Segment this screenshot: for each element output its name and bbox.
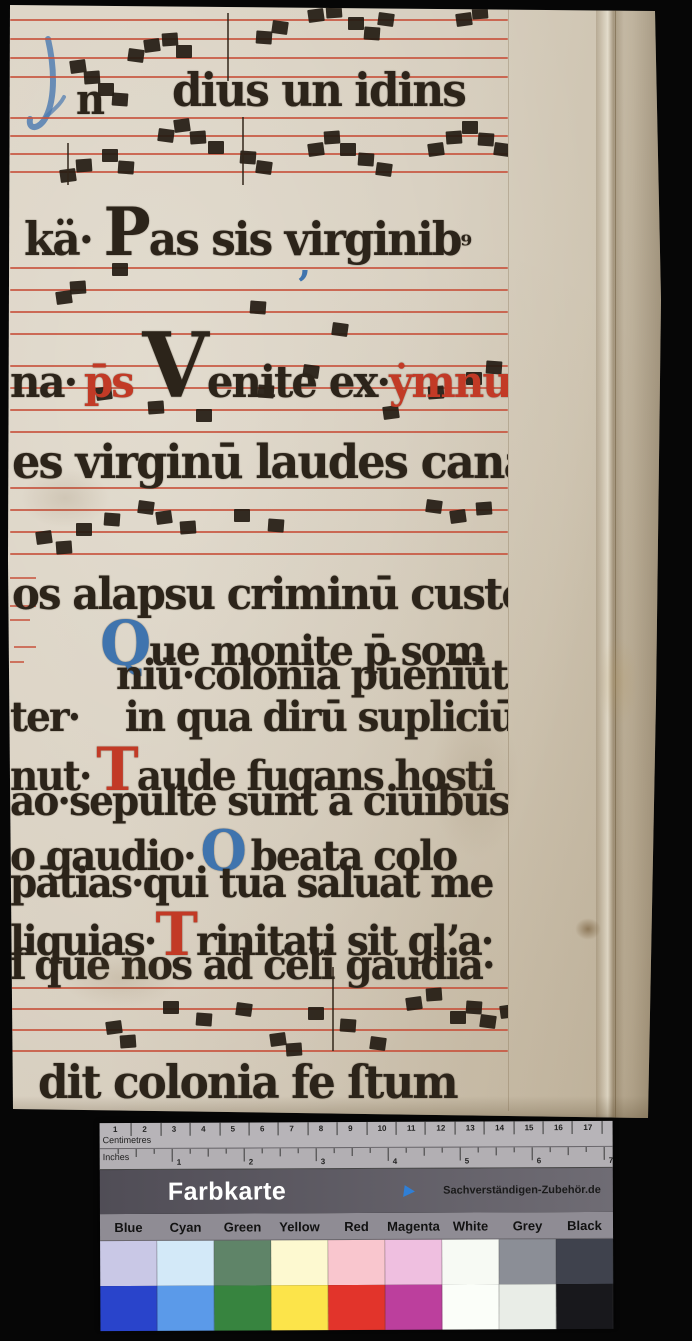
neume-note xyxy=(472,5,489,19)
ruler-inch-label: Inches xyxy=(103,1152,130,1162)
manuscript-text-line: dit colonia fe ſtum xyxy=(38,1055,457,1109)
cm-number: 10 xyxy=(378,1124,387,1133)
swatch-labels-row: BlueCyanGreenYellowRedMagentaWhiteGreyBl… xyxy=(100,1212,613,1241)
neume-note xyxy=(307,8,325,23)
neume-note xyxy=(155,510,173,525)
neume-note xyxy=(446,130,463,144)
swatch-black xyxy=(556,1284,613,1329)
swatch-magenta xyxy=(385,1240,442,1285)
inch-tick xyxy=(262,1148,263,1153)
neume-note xyxy=(269,1032,287,1047)
swatch-label: Magenta xyxy=(385,1218,442,1233)
cm-tick xyxy=(278,1122,279,1135)
neume-note xyxy=(120,1034,137,1048)
neume-note xyxy=(268,518,285,532)
neume-note xyxy=(104,512,121,526)
text-segment: ter· xyxy=(10,693,79,741)
swatch-label: Black xyxy=(556,1217,613,1232)
inch-number: 7 xyxy=(609,1156,613,1165)
neume-note xyxy=(70,280,87,294)
staff-line xyxy=(10,19,508,21)
inch-tick xyxy=(190,1149,191,1154)
staff-line xyxy=(10,1050,508,1052)
inch-tick xyxy=(316,1148,317,1161)
inch-tick xyxy=(136,1149,137,1157)
text-segment: V xyxy=(142,313,206,419)
inch-tick xyxy=(172,1149,173,1162)
swatch-grey xyxy=(499,1284,556,1329)
neume-note xyxy=(466,1000,483,1014)
manuscript-text-line: n xyxy=(76,75,103,124)
neume-note xyxy=(340,143,356,156)
neume-note xyxy=(105,1020,123,1035)
inch-tick xyxy=(460,1148,461,1161)
cm-number: 15 xyxy=(525,1123,534,1132)
neume-note xyxy=(375,162,393,177)
cm-number: 7 xyxy=(289,1124,293,1133)
neume-note xyxy=(364,26,381,40)
cm-tick xyxy=(337,1122,338,1135)
cm-tick xyxy=(513,1121,514,1134)
inch-number: 5 xyxy=(465,1157,469,1166)
staff-barline xyxy=(242,117,244,185)
cm-number: 2 xyxy=(142,1125,146,1134)
inch-tick xyxy=(226,1149,227,1154)
swatch-grey xyxy=(499,1239,556,1284)
text-segment: niū·colonia pūeniūt· xyxy=(116,651,509,699)
neume-note xyxy=(308,1007,324,1020)
neume-note xyxy=(196,1012,213,1026)
card-title: Farbkarte xyxy=(168,1177,287,1207)
inch-tick xyxy=(154,1149,155,1154)
neume-note xyxy=(449,509,467,524)
neume-note xyxy=(476,501,493,515)
inch-tick xyxy=(370,1148,371,1153)
swatch-cyan xyxy=(157,1241,214,1286)
neume-note xyxy=(478,132,495,146)
neume-note xyxy=(234,509,250,522)
color-card: Centimetres 1234567891011121314151617 In… xyxy=(100,1121,614,1328)
neume-note xyxy=(369,1036,387,1051)
neume-note xyxy=(256,30,273,44)
swatch-row-pastel xyxy=(100,1239,613,1286)
inch-tick xyxy=(244,1148,245,1161)
cm-tick xyxy=(249,1122,250,1135)
text-segment: enite ex· xyxy=(207,357,389,408)
cm-tick xyxy=(572,1121,573,1134)
cm-tick xyxy=(131,1123,132,1136)
manuscript-text-line: dius un idins xyxy=(172,63,465,117)
swatch-label: Green xyxy=(214,1219,271,1234)
text-segment: n xyxy=(76,75,103,124)
neume-note xyxy=(455,12,473,27)
cm-number: 11 xyxy=(407,1124,416,1133)
cm-tick xyxy=(543,1121,544,1134)
cm-tick xyxy=(425,1122,426,1135)
cm-number: 1 xyxy=(113,1125,117,1134)
manuscript-text-line: kä·Pas sis virginib⁹ xyxy=(24,193,470,271)
swatch-white xyxy=(442,1284,499,1329)
neume-note xyxy=(157,128,175,143)
swatch-label: Grey xyxy=(499,1218,556,1233)
neume-note xyxy=(180,520,197,534)
cm-tick xyxy=(366,1122,367,1135)
neume-note xyxy=(425,499,443,514)
text-segment: as sis virginib xyxy=(149,212,461,266)
neume-note xyxy=(450,1011,466,1024)
neume-note xyxy=(176,45,192,58)
inch-number: 4 xyxy=(393,1157,397,1166)
neume-note xyxy=(340,1018,357,1032)
parchment-stain xyxy=(430,700,520,860)
neume-note xyxy=(479,1014,497,1029)
photograph-stage: ndius un idinskä·Pas sis virginib⁹na·p̄s… xyxy=(0,0,692,1341)
neume-note xyxy=(493,142,509,157)
swatch-label: Cyan xyxy=(157,1219,214,1234)
neume-note xyxy=(307,142,325,157)
manuscript-text-line: niū·colonia pūeniūt· xyxy=(116,651,509,699)
inch-tick xyxy=(478,1147,479,1152)
cm-number: 4 xyxy=(201,1125,205,1134)
inch-tick xyxy=(568,1147,569,1155)
swatch-yellow xyxy=(271,1285,328,1330)
staff-line xyxy=(10,431,508,433)
text-segment: ⁹ xyxy=(461,229,471,262)
text-segment: ſ xyxy=(10,941,25,989)
inch-tick xyxy=(424,1148,425,1156)
cm-tick xyxy=(454,1122,455,1135)
inch-tick xyxy=(118,1149,119,1154)
brand-text: Sachverständigen-Zubehör.de xyxy=(443,1184,601,1197)
swatch-label: Blue xyxy=(100,1219,157,1234)
cm-number: 12 xyxy=(436,1124,445,1133)
swatch-blue xyxy=(100,1241,157,1286)
brand-arrow-icon xyxy=(403,1185,416,1198)
swatch-row-saturated xyxy=(100,1284,613,1331)
inch-number: 6 xyxy=(537,1156,541,1165)
staff-barline xyxy=(67,143,69,185)
staff-line xyxy=(10,135,508,137)
inch-tick xyxy=(586,1147,587,1152)
inch-tick xyxy=(550,1147,551,1152)
text-segment: dius un idins xyxy=(172,63,465,117)
cm-tick xyxy=(160,1123,161,1136)
ruler-inches: Inches 1234567 xyxy=(100,1147,613,1170)
cm-tick xyxy=(190,1123,191,1136)
card-title-band: Farbkarte Sachverständigen-Zubehör.de xyxy=(100,1168,613,1214)
neume-note xyxy=(377,12,395,27)
neume-note xyxy=(255,160,273,175)
parchment-stain xyxy=(575,918,601,940)
swatch-red xyxy=(328,1240,385,1285)
parchment-stain xyxy=(598,636,638,726)
swatch-blue xyxy=(100,1286,157,1331)
staff-line xyxy=(10,1029,508,1031)
neume-note xyxy=(358,152,375,166)
cm-number: 13 xyxy=(466,1123,475,1132)
neume-note xyxy=(76,158,93,172)
cm-tick xyxy=(219,1123,220,1136)
cm-number: 9 xyxy=(348,1124,352,1133)
manuscript-leaf: ndius un idinskä·Pas sis virginib⁹na·p̄s… xyxy=(10,5,509,1111)
neume-note xyxy=(208,141,224,154)
ruler-cm-label: Centimetres xyxy=(103,1135,152,1145)
inch-tick xyxy=(514,1147,515,1152)
parchment-stain xyxy=(60,948,180,1008)
neume-note xyxy=(462,121,478,134)
inch-tick xyxy=(334,1148,335,1153)
inch-tick xyxy=(208,1149,209,1157)
text-segment: dit colonia fe ſtum xyxy=(38,1055,457,1109)
cm-number: 16 xyxy=(554,1123,563,1132)
inch-tick xyxy=(352,1148,353,1156)
text-segment: na· xyxy=(10,357,76,408)
inch-tick xyxy=(532,1147,533,1160)
inch-tick xyxy=(604,1147,605,1160)
neume-note xyxy=(348,17,364,30)
neume-note xyxy=(127,48,145,63)
cm-tick xyxy=(484,1121,485,1134)
swatch-yellow xyxy=(271,1240,328,1285)
swatch-white xyxy=(442,1239,499,1284)
cm-number: 3 xyxy=(172,1125,176,1134)
cm-tick xyxy=(396,1122,397,1135)
neume-note xyxy=(56,540,73,554)
inch-number: 1 xyxy=(177,1158,181,1167)
text-segment: P xyxy=(104,193,149,271)
blue-penwork-initial xyxy=(24,35,70,145)
cm-tick xyxy=(307,1122,308,1135)
neume-note xyxy=(137,500,155,515)
cm-number: 17 xyxy=(583,1123,592,1132)
swatch-label: Yellow xyxy=(271,1219,328,1234)
swatch-green xyxy=(214,1285,271,1330)
swatch-magenta xyxy=(385,1285,442,1330)
neume-note xyxy=(35,530,53,545)
cm-number: 6 xyxy=(260,1124,264,1133)
neume-note xyxy=(405,996,423,1011)
swatch-cyan xyxy=(157,1286,214,1331)
cm-number: 8 xyxy=(319,1124,323,1133)
inch-tick xyxy=(406,1148,407,1153)
inch-tick xyxy=(442,1148,443,1153)
neume-note xyxy=(112,92,129,106)
inch-number: 2 xyxy=(249,1157,253,1166)
ruler-centimetres: Centimetres 1234567891011121314151617 xyxy=(100,1121,613,1149)
text-segment: p̄s xyxy=(84,357,133,408)
neume-note xyxy=(143,38,161,53)
staff-line xyxy=(10,553,508,555)
text-segment: ẏmnus: xyxy=(389,357,509,408)
neume-note xyxy=(324,130,341,144)
neume-note xyxy=(499,1004,509,1019)
neume-note xyxy=(163,1001,179,1014)
neume-note xyxy=(427,142,445,157)
cm-tick xyxy=(601,1121,602,1134)
manuscript-text-line: ter·in qua dirū supliciū· xyxy=(10,693,509,741)
staff-line xyxy=(10,1008,508,1010)
neume-note xyxy=(235,1002,253,1017)
staff-margin-stub xyxy=(14,646,36,648)
blue-comma-mark: ʼ xyxy=(296,263,310,310)
neume-note xyxy=(190,130,207,144)
inch-tick xyxy=(496,1147,497,1155)
inch-number: 3 xyxy=(321,1157,325,1166)
neume-note xyxy=(271,20,289,35)
neume-note xyxy=(102,149,118,162)
swatch-green xyxy=(214,1240,271,1285)
swatch-black xyxy=(556,1239,613,1284)
inch-tick xyxy=(298,1148,299,1153)
parchment-stain xyxy=(20,468,110,528)
neume-note xyxy=(173,118,191,133)
manuscript-text-line: na·p̄sVenite ex·ẏmnus: xyxy=(10,313,509,419)
cm-number: 5 xyxy=(231,1125,235,1134)
text-segment: kä· xyxy=(24,212,92,266)
cm-number: 14 xyxy=(495,1123,504,1132)
neume-note xyxy=(118,160,135,174)
swatch-label: White xyxy=(442,1218,499,1233)
inch-tick xyxy=(388,1148,389,1161)
neume-note xyxy=(426,987,443,1001)
staff-margin-stub xyxy=(10,661,24,663)
swatch-label: Red xyxy=(328,1218,385,1233)
neume-note xyxy=(326,5,343,19)
swatch-red xyxy=(328,1285,385,1330)
inch-tick xyxy=(280,1148,281,1156)
